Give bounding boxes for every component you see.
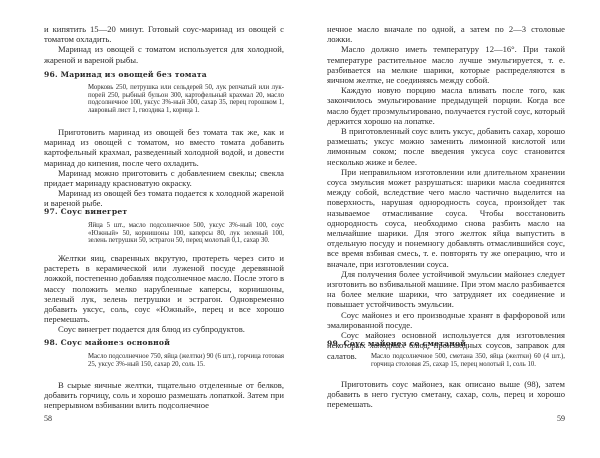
recipe-heading-96: 96. Маринад из овощей без томата	[44, 70, 207, 79]
recipe-heading-99: 99. Соус майонез со сметаной	[327, 339, 466, 348]
ingredients-96: Морковь 250, петрушка или сельдерей 50, …	[88, 84, 284, 114]
paragraph: Маринад из овощей без томата подается к …	[44, 188, 284, 208]
paragraph: Маринад можно приготовить с добавлением …	[44, 168, 284, 188]
recipe-99-body: Приготовить соус майонез, как описано вы…	[327, 379, 565, 410]
right-intro: нечное масло вначале по одной, а затем п…	[327, 24, 565, 361]
paragraph: Маринад из овощей с томатом используется…	[44, 44, 284, 64]
ingredients-98: Масло подсолнечное 750, яйца (желтки) 90…	[88, 353, 284, 368]
paragraph: Соус майонез и его производные хранят в …	[327, 310, 565, 330]
recipe-heading-97: 97. Соус винегрет	[44, 207, 127, 216]
paragraph: нечное масло вначале по одной, а затем п…	[327, 24, 565, 44]
paragraph: При неправильном изготовлении или длител…	[327, 167, 565, 269]
page-number-right: 59	[557, 414, 565, 423]
paragraph: и кипятить 15—20 минут. Готовый соус-мар…	[44, 24, 284, 44]
paragraph: В сырые яичные желтки, тщательно отделен…	[44, 380, 284, 411]
paragraph: Приготовить маринад из овощей без томата…	[44, 127, 284, 168]
paragraph: Масло должно иметь температуру 12—16°. П…	[327, 44, 565, 85]
page-number-left: 58	[44, 414, 52, 423]
ingredients-99: Масло подсолнечное 500, сметана 350, яйц…	[371, 353, 565, 368]
recipe-heading-98: 98. Соус майонез основной	[44, 338, 170, 347]
paragraph: Приготовить соус майонез, как описано вы…	[327, 379, 565, 410]
recipe-96-body: Приготовить маринад из овощей без томата…	[44, 127, 284, 209]
ingredients-97: Яйца 5 шт., масло подсолнечное 500, уксу…	[88, 222, 284, 245]
paragraph: Каждую новую порцию масла вливать после …	[327, 85, 565, 126]
paragraph: В приготовленный соус влить уксус, добав…	[327, 126, 565, 167]
paragraph: Желтки яиц, сваренных вкрутую, протереть…	[44, 253, 284, 324]
right-page: нечное масло вначале по одной, а затем п…	[327, 0, 565, 458]
recipe-97-body: Желтки яиц, сваренных вкрутую, протереть…	[44, 253, 284, 335]
recipe-98-body: В сырые яичные желтки, тщательно отделен…	[44, 380, 284, 411]
left-intro: и кипятить 15—20 минут. Готовый соус-мар…	[44, 24, 284, 65]
paragraph: Для получения более устойчивой эмульсии …	[327, 269, 565, 310]
paragraph: Соус винегрет подается для блюд из субпр…	[44, 324, 284, 334]
left-page: и кипятить 15—20 минут. Готовый соус-мар…	[44, 0, 284, 458]
